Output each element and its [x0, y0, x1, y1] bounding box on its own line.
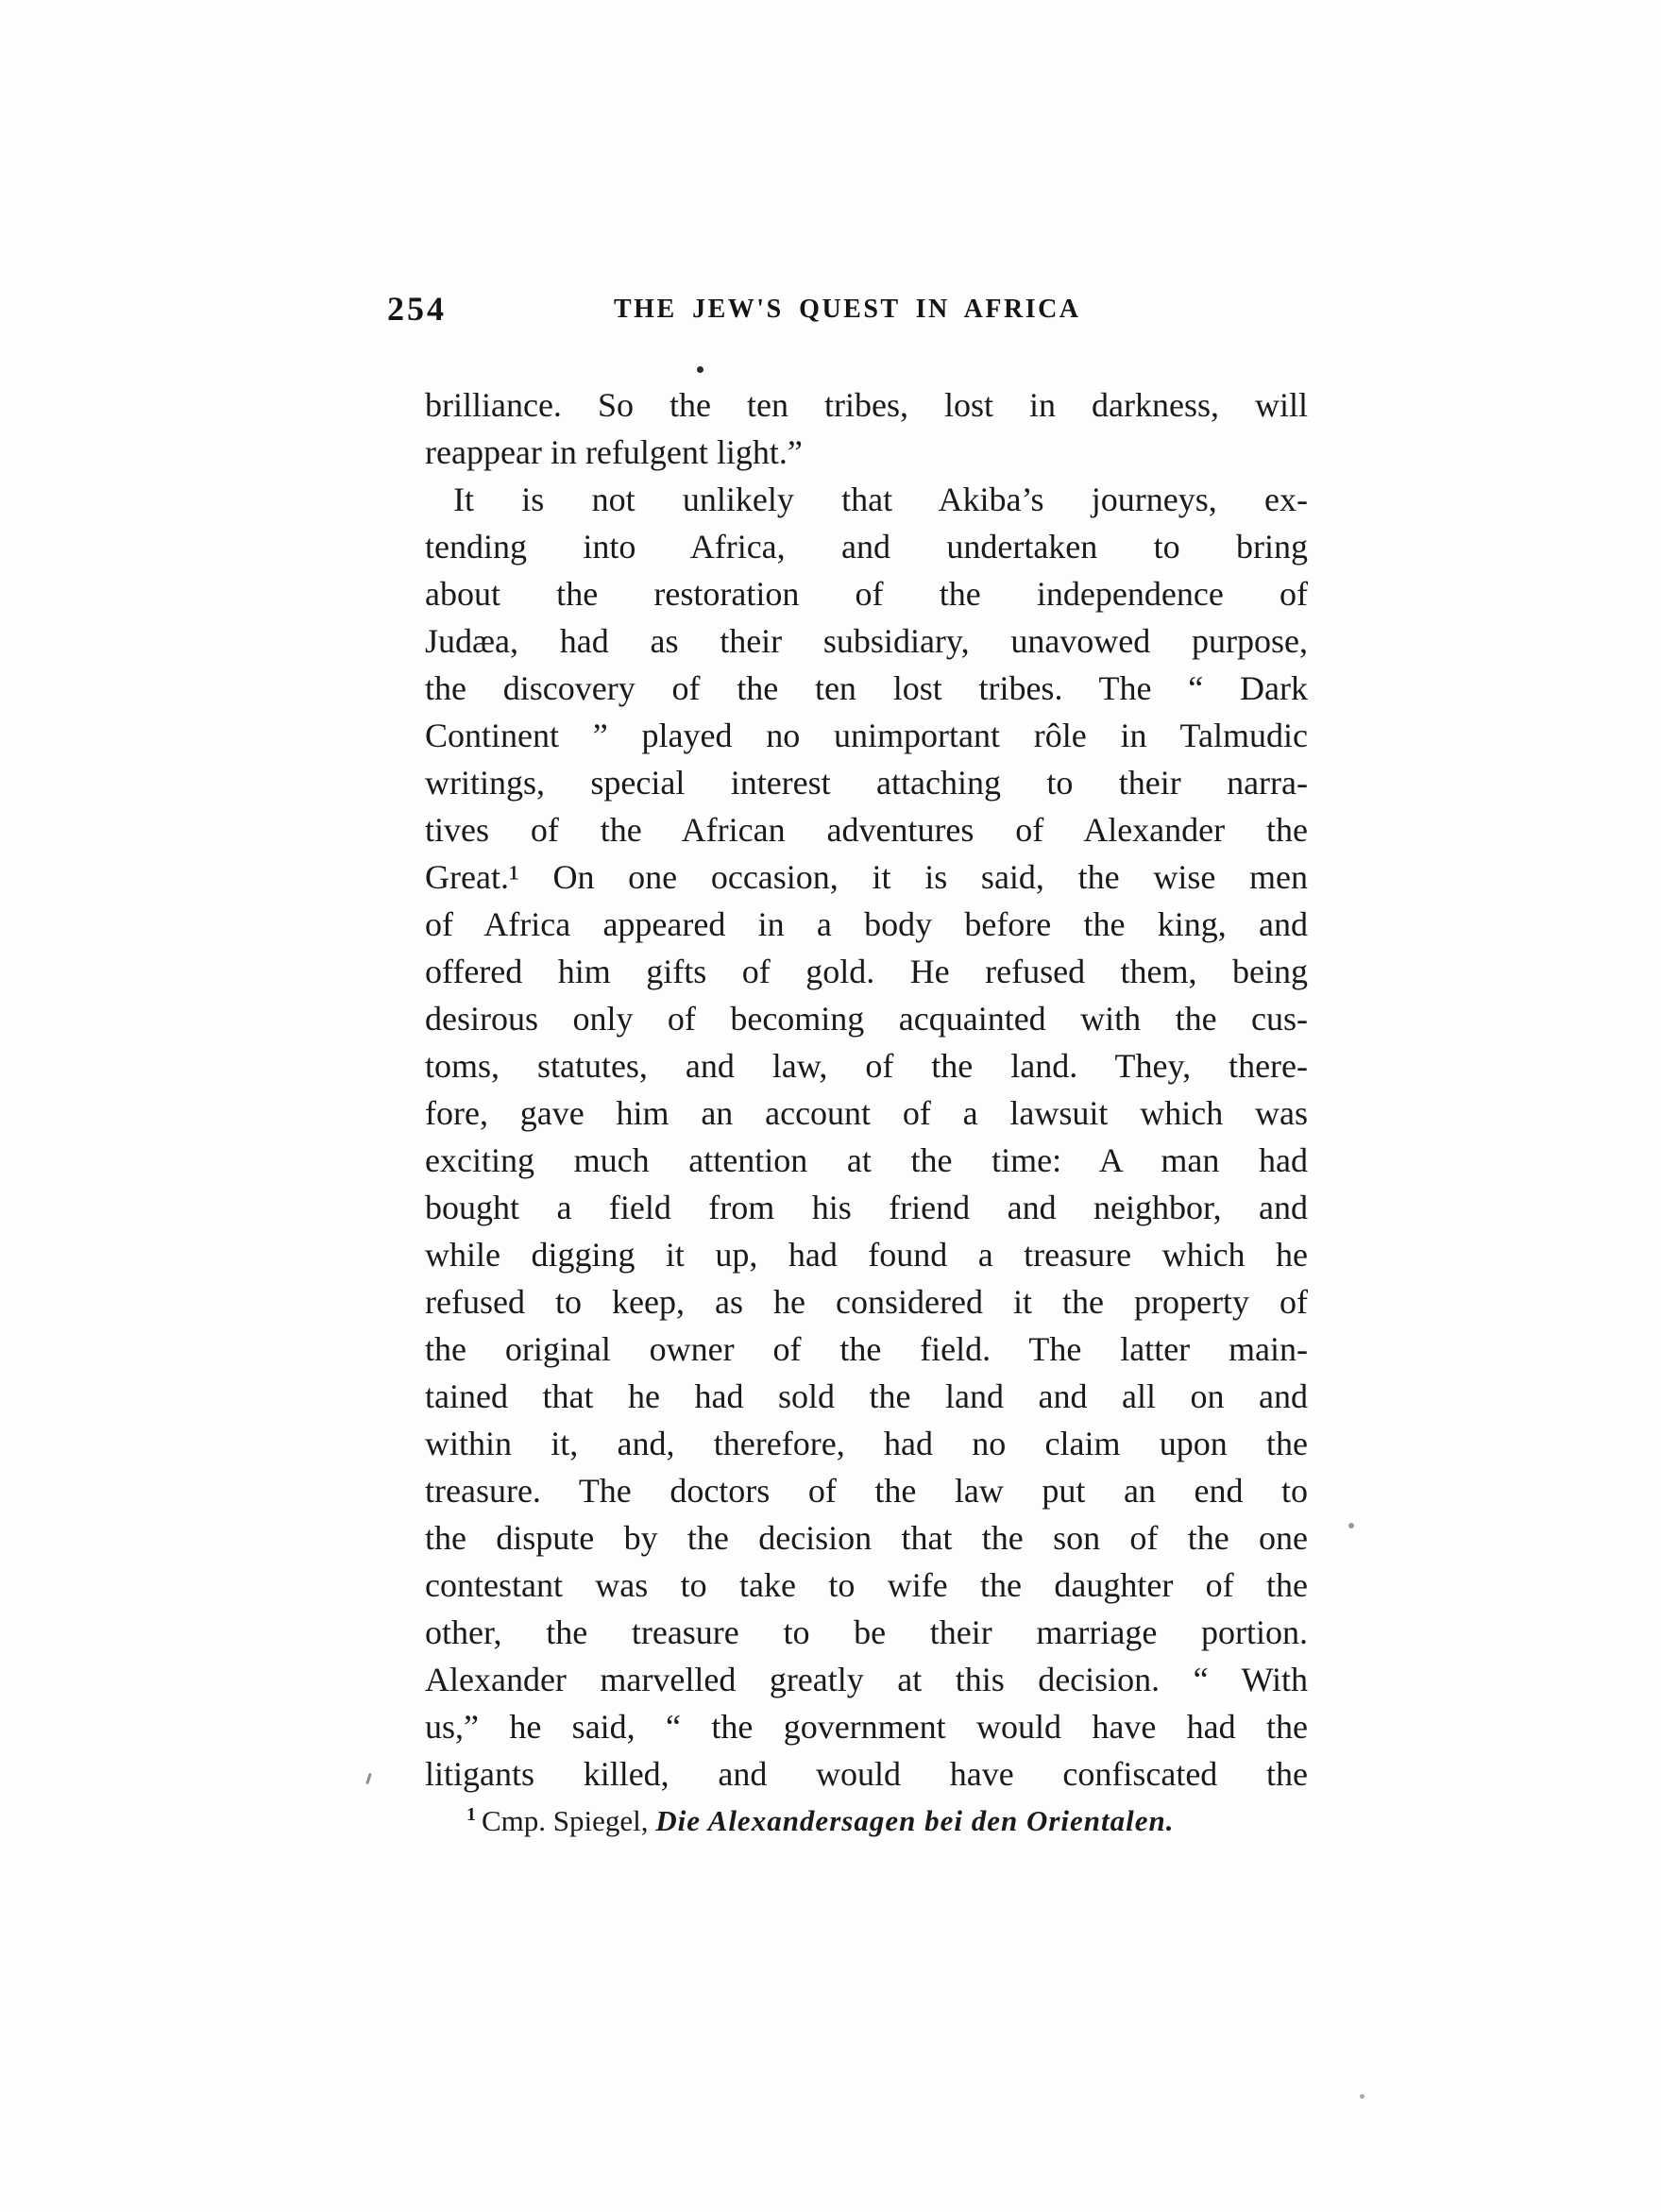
body-line: desirous only of becoming acquainted wit… — [425, 995, 1308, 1042]
body-line: litigants killed, and would have confisc… — [425, 1750, 1308, 1798]
footnote: 1Cmp. Spiegel, Die Alexandersagen bei de… — [466, 1801, 1316, 1841]
body-text: brilliance. So the ten tribes, lost in d… — [425, 381, 1308, 1798]
body-line: within it, and, therefore, had no claim … — [425, 1420, 1308, 1467]
body-line: toms, statutes, and law, of the land. Th… — [425, 1042, 1308, 1089]
body-line: tives of the African adventures of Alexa… — [425, 806, 1308, 853]
body-line: Alexander marvelled greatly at this deci… — [425, 1656, 1308, 1703]
body-line: other, the treasure to be their marriage… — [425, 1609, 1308, 1656]
body-line: reappear in refulgent light.” — [425, 429, 1308, 476]
body-line: Continent ” played no unimportant rôle i… — [425, 712, 1308, 759]
body-line: the dispute by the decision that the son… — [425, 1514, 1308, 1562]
body-line: refused to keep, as he considered it the… — [425, 1278, 1308, 1326]
body-line: bought a field from his friend and neigh… — [425, 1184, 1308, 1231]
body-line: brilliance. So the ten tribes, lost in d… — [425, 381, 1308, 429]
body-line: It is not unlikely that Akiba’s journeys… — [425, 476, 1308, 523]
body-line: of Africa appeared in a body before the … — [425, 901, 1308, 948]
scan-speck — [365, 1773, 372, 1784]
scan-speck — [1360, 2094, 1364, 2099]
body-line: while digging it up, had found a treasur… — [425, 1231, 1308, 1278]
body-line: Great.¹ On one occasion, it is said, the… — [425, 853, 1308, 901]
body-line: tending into Africa, and undertaken to b… — [425, 523, 1308, 570]
running-header: 254 THE JEW'S QUEST IN AFRICA — [0, 289, 1661, 334]
body-line: offered him gifts of gold. He refused th… — [425, 948, 1308, 995]
book-page-scan: 254 THE JEW'S QUEST IN AFRICA brilliance… — [0, 0, 1661, 2212]
body-line: fore, gave him an account of a lawsuit w… — [425, 1089, 1308, 1137]
body-line: treasure. The doctors of the law put an … — [425, 1467, 1308, 1514]
body-line: the discovery of the ten lost tribes. Th… — [425, 665, 1308, 712]
body-line: contestant was to take to wife the daugh… — [425, 1562, 1308, 1609]
body-line: the original owner of the field. The lat… — [425, 1326, 1308, 1373]
body-line: about the restoration of the independenc… — [425, 570, 1308, 617]
scan-speck — [1348, 1523, 1354, 1528]
footnote-reference-text: Cmp. Spiegel, — [482, 1804, 655, 1837]
running-title: THE JEW'S QUEST IN AFRICA — [614, 295, 1081, 325]
body-line: tained that he had sold the land and all… — [425, 1373, 1308, 1420]
body-line: Judæa, had as their subsidiary, unavowed… — [425, 617, 1308, 665]
footnote-marker: 1 — [466, 1804, 476, 1825]
body-line: exciting much attention at the time: A m… — [425, 1137, 1308, 1184]
page-number: 254 — [387, 289, 447, 329]
body-line: writings, special interest attaching to … — [425, 759, 1308, 806]
body-line: us,” he said, “ the government would hav… — [425, 1703, 1308, 1750]
footnote-work-title: Die Alexandersagen bei den Orientalen. — [655, 1804, 1174, 1837]
scan-speck — [697, 366, 703, 373]
